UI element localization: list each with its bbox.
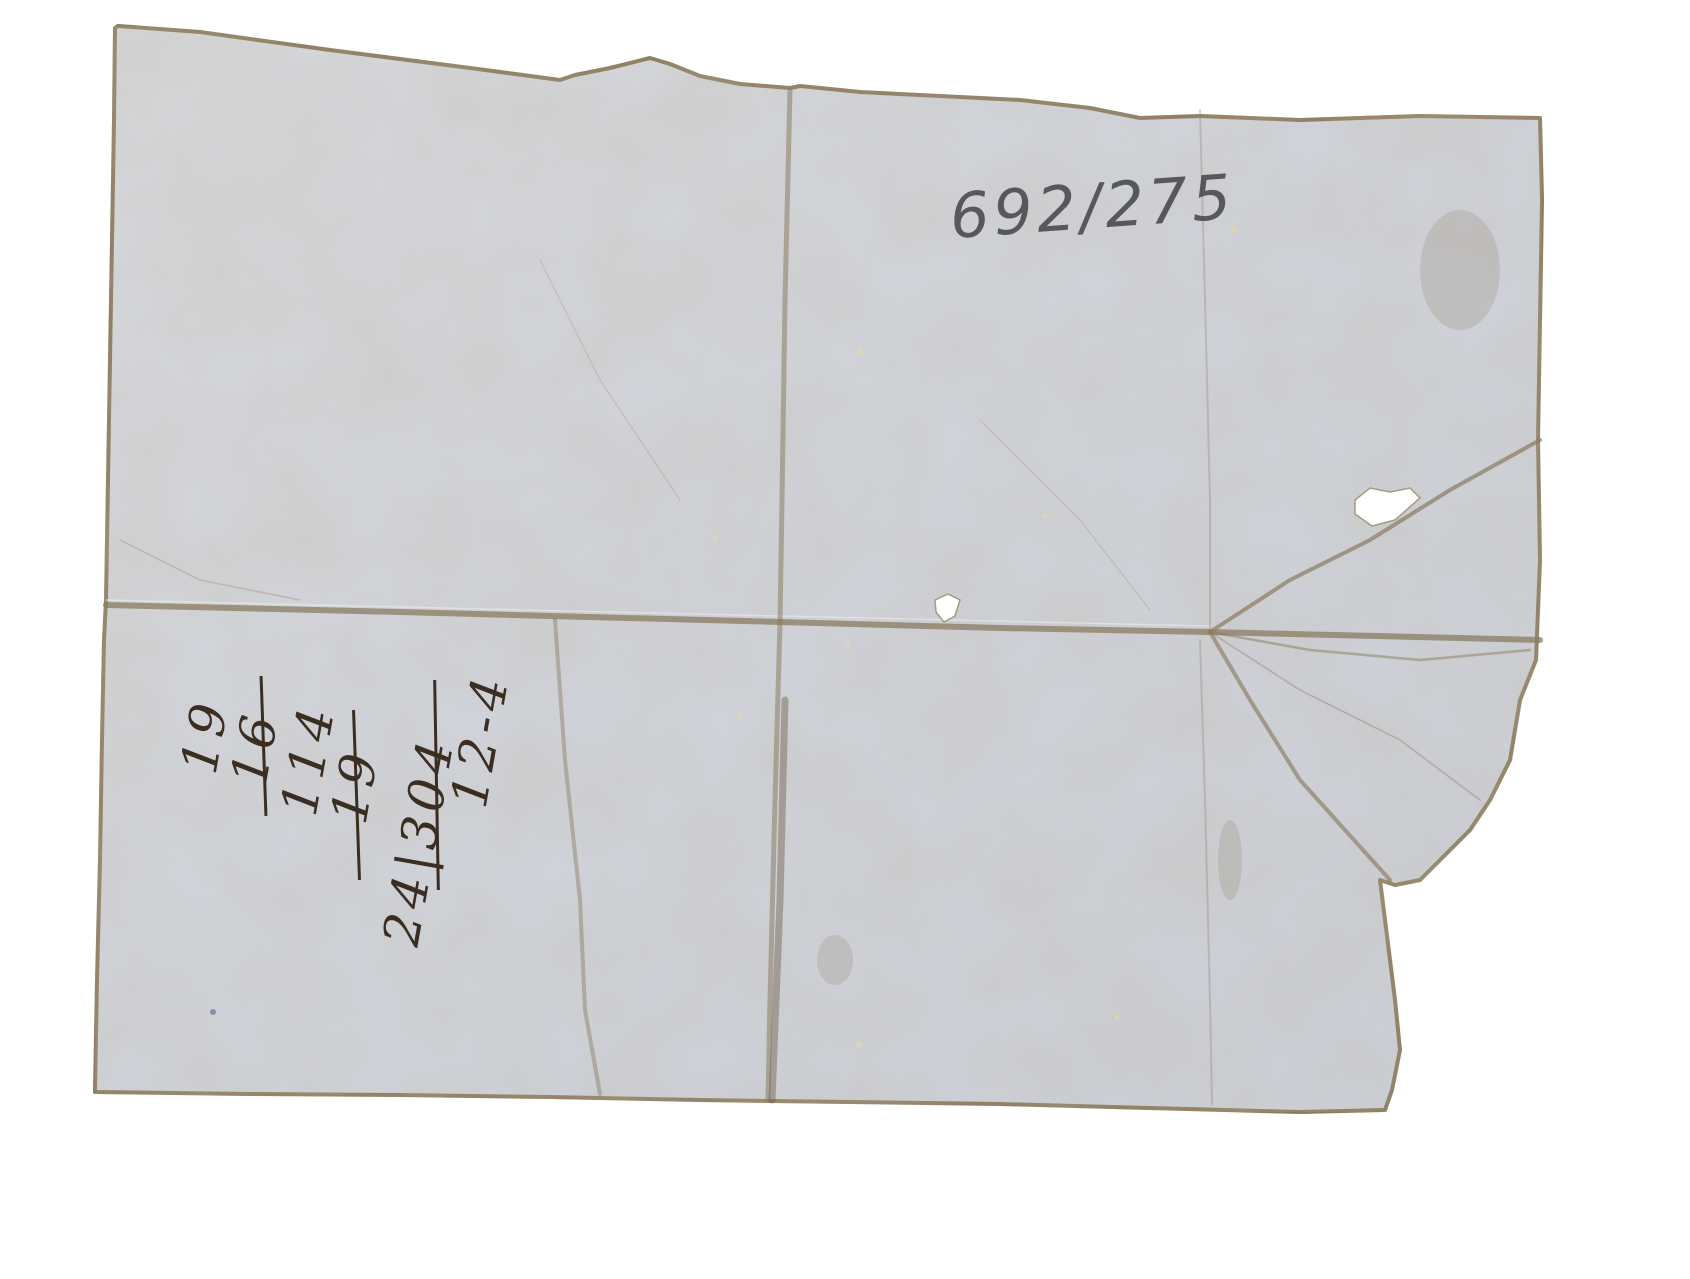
ink-calculation: 19 16 114 19 24|304 12-4	[150, 650, 480, 940]
paper-sheet	[0, 0, 1566, 1279]
